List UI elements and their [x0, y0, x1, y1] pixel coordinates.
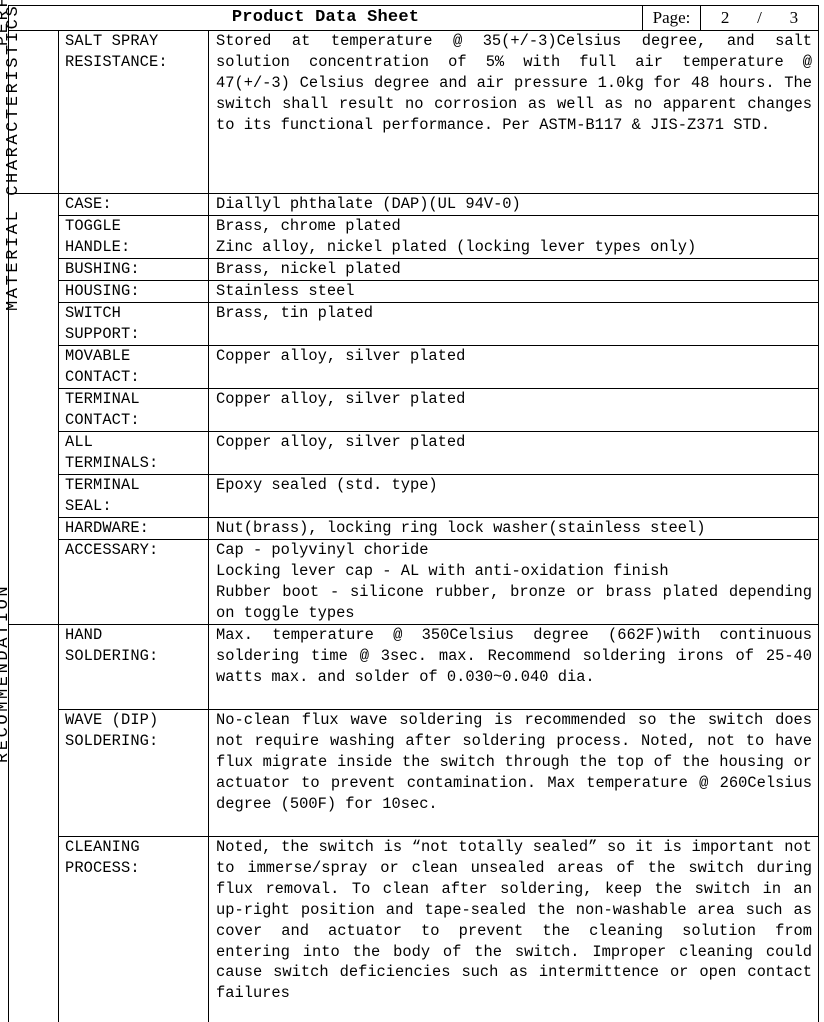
spec-value: Noted, the switch is “not totally sealed… [209, 837, 819, 1022]
spec-value: Cap - polyvinyl chorideLocking lever cap… [209, 540, 819, 625]
spec-row: BUSHING:Brass, nickel plated [9, 259, 819, 281]
sheet-title: Product Data Sheet [9, 6, 643, 31]
spec-value: Copper alloy, silver plated [209, 432, 819, 475]
page-label: Page: [643, 6, 701, 31]
spec-label: HAND SOLDERING: [59, 625, 209, 710]
spec-value-line: Rubber boot - silicone rubber, bronze or… [216, 582, 812, 624]
spec-label: MOVABLE CONTACT: [59, 346, 209, 389]
section-label: SOLDERING & CLEANING RECOMMENDATION [0, 507, 14, 763]
spec-value: Brass, nickel plated [209, 259, 819, 281]
spec-value: Nut(brass), locking ring lock washer(sta… [209, 518, 819, 540]
spec-row: CLEANING PROCESS:Noted, the switch is “n… [9, 837, 819, 1022]
spec-value: Brass, chrome platedZinc alloy, nickel p… [209, 216, 819, 259]
spec-label: TOGGLE HANDLE: [59, 216, 209, 259]
spec-value: Diallyl phthalate (DAP)(UL 94V-0) [209, 194, 819, 216]
spec-label: BUSHING: [59, 259, 209, 281]
spec-value: Brass, tin plated [209, 303, 819, 346]
spec-value: Stainless steel [209, 281, 819, 303]
spec-row: MOVABLE CONTACT:Copper alloy, silver pla… [9, 346, 819, 389]
spec-row: SOLDERING & CLEANING RECOMMENDATIONHAND … [9, 625, 819, 710]
spec-row: TOGGLE HANDLE:Brass, chrome platedZinc a… [9, 216, 819, 259]
spec-label: HOUSING: [59, 281, 209, 303]
spec-row: HARDWARE:Nut(brass), locking ring lock w… [9, 518, 819, 540]
spec-value-line: Brass, chrome plated [216, 216, 812, 237]
spec-row: SWITCH SUPPORT:Brass, tin plated [9, 303, 819, 346]
spec-value-line: Cap - polyvinyl choride [216, 540, 812, 561]
spec-row: HOUSING:Stainless steel [9, 281, 819, 303]
spec-row: TERMINAL CONTACT:Copper alloy, silver pl… [9, 389, 819, 432]
spec-label: ACCESSARY: [59, 540, 209, 625]
spec-label: TERMINAL SEAL: [59, 475, 209, 518]
spec-label: WAVE (DIP) SOLDERING: [59, 710, 209, 837]
spec-value: Stored at temperature @ 35(+/-3)Celsius … [209, 31, 819, 194]
spec-label: SALT SPRAY RESISTANCE: [59, 31, 209, 194]
spec-value: Copper alloy, silver plated [209, 389, 819, 432]
page-current: 2 [721, 8, 730, 29]
section-label: MATERIAL CHARACTERISTICS [4, 4, 24, 311]
product-data-sheet-table: Product Data Sheet Page: 2 / 3 RELAIBILI… [8, 5, 819, 1022]
spec-label: CLEANING PROCESS: [59, 837, 209, 1022]
spec-row: WAVE (DIP) SOLDERING:No-clean flux wave … [9, 710, 819, 837]
spec-row: ALL TERMINALS:Copper alloy, silver plate… [9, 432, 819, 475]
page-indicator: 2 / 3 [701, 6, 819, 31]
spec-label: CASE: [59, 194, 209, 216]
spec-row: MATERIAL CHARACTERISTICSCASE:Diallyl pht… [9, 194, 819, 216]
spec-value: No-clean flux wave soldering is recommen… [209, 710, 819, 837]
spec-value: Epoxy sealed (std. type) [209, 475, 819, 518]
spec-label: SWITCH SUPPORT: [59, 303, 209, 346]
spec-row: ACCESSARY:Cap - polyvinyl chorideLocking… [9, 540, 819, 625]
section-label-cell: SOLDERING & CLEANING RECOMMENDATION [9, 625, 59, 1022]
spec-value-line: Zinc alloy, nickel plated (locking lever… [216, 237, 812, 258]
spec-value-line: Locking lever cap - AL with anti-oxidati… [216, 561, 812, 582]
spec-row: RELAIBILITY PERFORMANCESALT SPRAY RESIST… [9, 31, 819, 194]
spec-value: Max. temperature @ 350Celsius degree (66… [209, 625, 819, 710]
page-separator: / [757, 8, 762, 29]
page-total: 3 [790, 8, 799, 29]
spec-label: TERMINAL CONTACT: [59, 389, 209, 432]
spec-label: ALL TERMINALS: [59, 432, 209, 475]
spec-value: Copper alloy, silver plated [209, 346, 819, 389]
header-row: Product Data Sheet Page: 2 / 3 [9, 6, 819, 31]
section-label-cell: MATERIAL CHARACTERISTICS [9, 194, 59, 625]
spec-label: HARDWARE: [59, 518, 209, 540]
spec-row: TERMINAL SEAL:Epoxy sealed (std. type) [9, 475, 819, 518]
